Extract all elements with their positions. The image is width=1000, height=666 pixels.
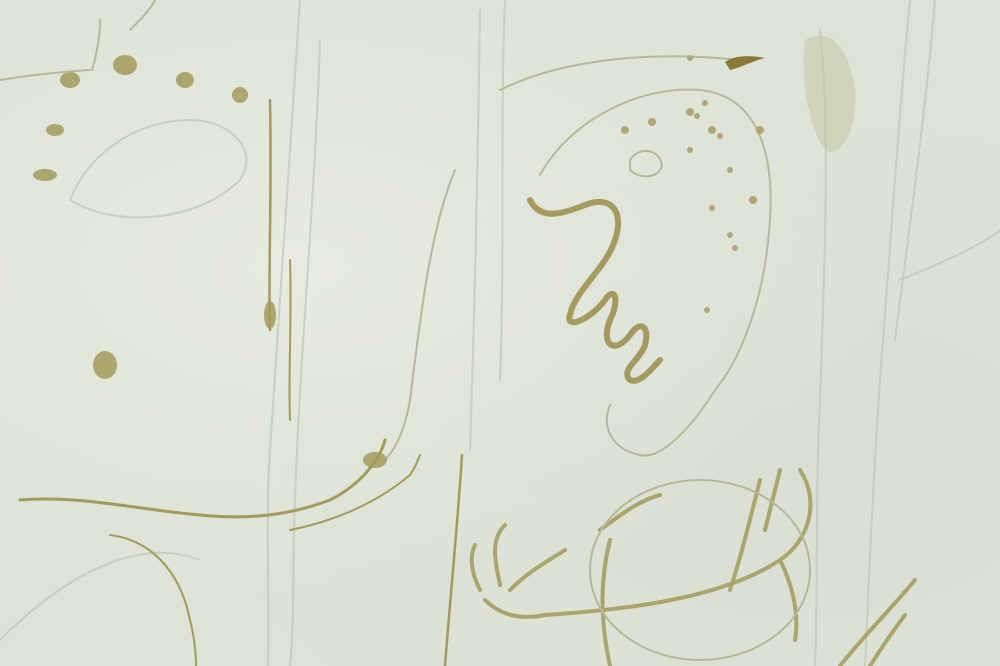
eye-shape xyxy=(630,151,662,176)
top-left-marks xyxy=(33,55,387,468)
sketch-drawing xyxy=(0,0,1000,666)
flower-marks xyxy=(472,470,915,666)
ink-smudge xyxy=(804,36,856,152)
sketch-photo xyxy=(0,0,1000,666)
serpentine-stroke xyxy=(530,200,660,381)
round-outline xyxy=(590,480,810,660)
head-dots xyxy=(621,55,764,313)
